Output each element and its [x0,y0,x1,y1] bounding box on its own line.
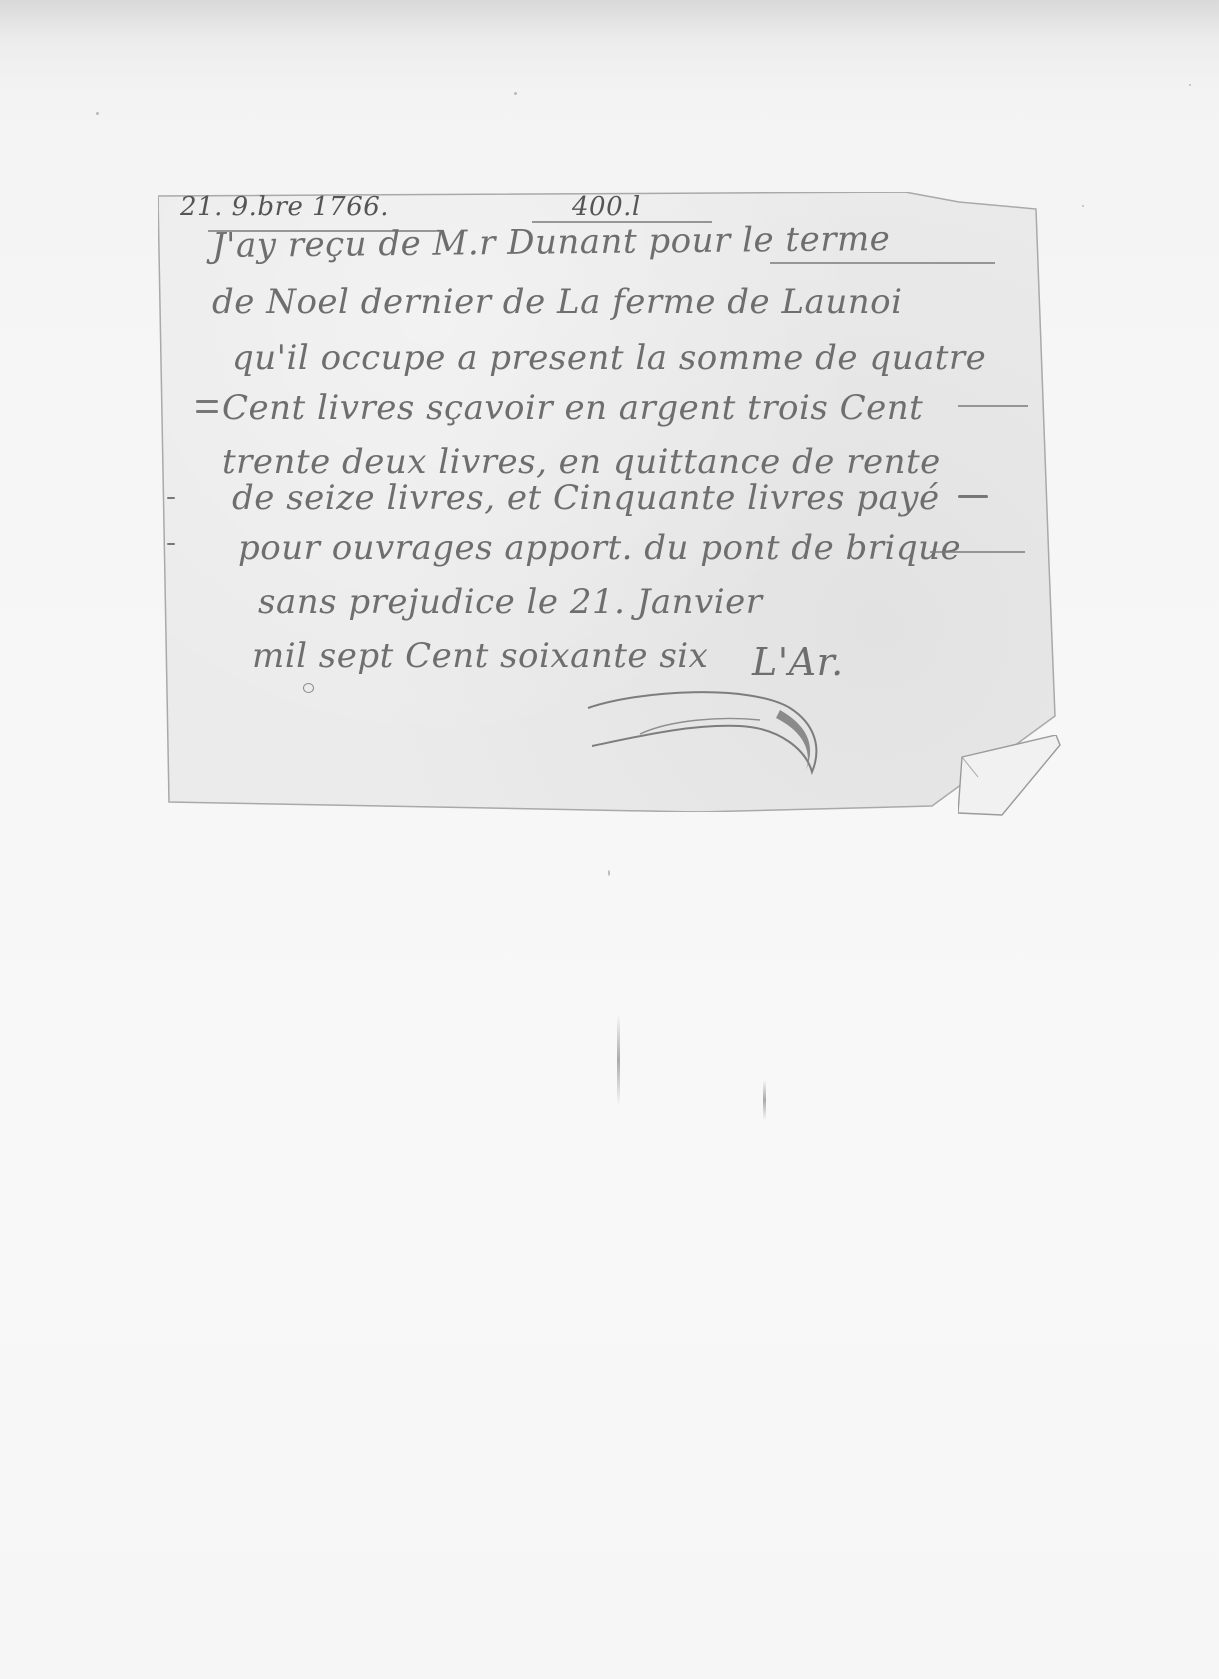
scan-speck [1189,84,1191,86]
ink-mark [303,683,314,693]
manuscript-line-8: sans prejudice le 21. Janvier [258,582,763,622]
scan-speck [1082,205,1084,207]
manuscript-line-1: J'ay reçu de M.r Dunant pour le terme [212,219,891,266]
scan-speck [96,112,99,115]
date-note: 21. 9.bre 1766. [180,192,389,222]
scan-streak [617,1015,620,1105]
signature: L'Ar. [752,640,844,684]
scan-streak [763,1080,766,1120]
margin-mark-dash [167,543,175,545]
manuscript-line-4: Cent livres sçavoir en argent trois Cent [222,388,923,428]
scan-speck [514,92,517,95]
manuscript-line-6: de seize livres, et Cinquante livres pay… [232,478,940,518]
line-flourish [770,262,995,264]
margin-mark-dash [167,497,175,499]
manuscript-line-7: pour ouvrages apport. du pont de brique [238,528,961,568]
folded-corner-icon [958,735,1062,817]
margin-mark-equals [196,410,218,413]
line-filler [930,551,1025,553]
manuscript-line-3: qu'il occupe a present la somme de quatr… [232,338,986,378]
manuscript-line-2: de Noel dernier de La ferme de Launoi [212,282,902,322]
amount-note: 400.l [572,192,641,222]
line-filler [958,405,1028,407]
manuscript-line-9: mil sept Cent soixante six [252,636,708,676]
line-end-dash [958,495,988,498]
margin-mark-equals [196,400,218,403]
signature-flourish-icon [580,680,830,790]
scan-speck [608,870,610,876]
manuscript-line-5: trente deux livres, en quittance de rent… [222,442,941,482]
